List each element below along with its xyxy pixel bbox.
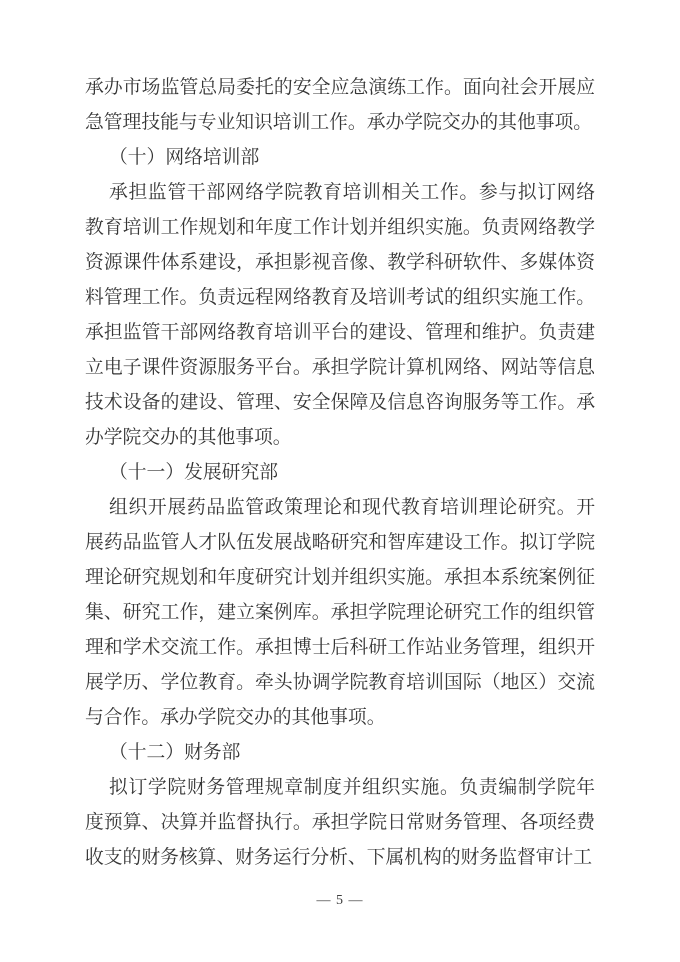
paragraph-network-training-dept-duties: 承担监管干部网络学院教育培训相关工作。参与拟订网络教育培训工作规划和年度工作计划…	[85, 175, 595, 455]
page-number: — 5 —	[0, 891, 680, 911]
section-heading-network-training-dept: （十）网络培训部	[85, 140, 595, 175]
section-heading-development-research-dept: （十一）发展研究部	[85, 455, 595, 490]
paragraph-development-research-dept-duties: 组织开展药品监管政策理论和现代教育培训理论研究。开展药品监管人才队伍发展战略研究…	[85, 490, 595, 735]
paragraph-emergency-training-continued: 承办市场监管总局委托的安全应急演练工作。面向社会开展应急管理技能与专业知识培训工…	[85, 70, 595, 140]
paragraph-finance-dept-duties: 拟订学院财务管理规章制度并组织实施。负责编制学院年度预算、决算并监督执行。承担学…	[85, 770, 595, 875]
section-heading-finance-dept: （十二）财务部	[85, 735, 595, 770]
document-page: 承办市场监管总局委托的安全应急演练工作。面向社会开展应急管理技能与专业知识培训工…	[0, 0, 680, 962]
document-body: 承办市场监管总局委托的安全应急演练工作。面向社会开展应急管理技能与专业知识培训工…	[85, 70, 595, 875]
